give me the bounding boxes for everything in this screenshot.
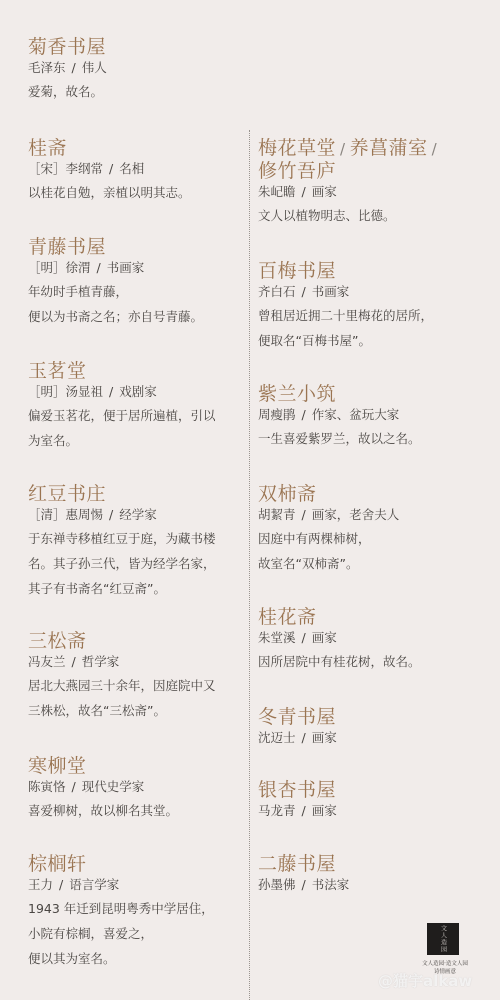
desc-line: 小院有棕榈，喜爱之， bbox=[28, 921, 243, 946]
entry-description: 喜爱柳树，故以柳名其堂。 bbox=[28, 798, 243, 823]
author-name: 朱堂溪 bbox=[258, 630, 296, 645]
author-name: 沈迈士 bbox=[258, 730, 296, 745]
entry-author: 朱屺瞻/画家 bbox=[258, 183, 490, 201]
entry-zonglv-xuan: 棕榈轩 王力/语言学家 1943 年迁到昆明粤秀中学居住， 小院有棕榈，喜爱之，… bbox=[28, 853, 243, 971]
author-role: 现代史学家 bbox=[82, 779, 145, 794]
author-role: 书画家 bbox=[107, 260, 145, 275]
author-role: 画家 bbox=[312, 803, 337, 818]
desc-line: 偏爱玉茗花，便于居所遍植，引以 bbox=[28, 403, 243, 428]
author-name: 马龙青 bbox=[258, 803, 296, 818]
author-role: 画家 bbox=[312, 730, 337, 745]
entry-author: 沈迈士/画家 bbox=[258, 729, 490, 747]
author-role: 语言学家 bbox=[69, 877, 119, 892]
title-part: 养菖蒲室 bbox=[350, 137, 428, 159]
separator: / bbox=[72, 654, 76, 669]
author-role: 画家，老舍夫人 bbox=[312, 507, 400, 522]
desc-line: 居北大燕园三十余年，因庭院中又 bbox=[28, 673, 243, 698]
desc-line: 便取名“百梅书屋”。 bbox=[258, 328, 490, 353]
separator: / bbox=[302, 184, 306, 199]
desc-line: 因所居院中有桂花树，故名。 bbox=[258, 649, 490, 674]
page: 菊香书屋 毛泽东/伟人 爱菊，故名。 桂斋 ［宋］李纲常/名相 以桂花自勉，亲植… bbox=[0, 0, 500, 1000]
entry-author: 周瘦鹃/作家、盆玩大家 bbox=[258, 406, 490, 424]
entry-description: 文人以植物明志、比德。 bbox=[258, 203, 490, 228]
desc-line: 曾租居近拥二十里梅花的居所， bbox=[258, 303, 490, 328]
author-name: 齐白石 bbox=[258, 284, 296, 299]
author-role: 经学家 bbox=[119, 507, 157, 522]
entry-qingteng-shuwu: 青藤书屋 ［明］徐渭/书画家 年幼时手植青藤， 便以为书斋之名；亦自号青藤。 bbox=[28, 236, 243, 329]
entry-description: 爱菊，故名。 bbox=[28, 79, 243, 104]
author-role: 书画家 bbox=[312, 284, 350, 299]
separator: / bbox=[302, 407, 306, 422]
separator: / bbox=[302, 507, 306, 522]
entry-author: ［宋］李纲常/名相 bbox=[28, 160, 243, 178]
entry-author: 齐白石/书画家 bbox=[258, 283, 490, 301]
entry-title: 红豆书庄 bbox=[28, 483, 243, 505]
desc-line: 一生喜爱紫罗兰，故以之名。 bbox=[258, 426, 490, 451]
desc-line: 其子有书斋名“红豆斋”。 bbox=[28, 576, 243, 601]
entry-author: 陈寅恪/现代史学家 bbox=[28, 778, 243, 796]
entry-author: 马龙青/画家 bbox=[258, 802, 490, 820]
entry-title: 双柿斋 bbox=[258, 483, 490, 505]
author-name: 朱屺瞻 bbox=[258, 184, 296, 199]
entry-title: 银杏书屋 bbox=[258, 779, 490, 801]
entry-title: 玉茗堂 bbox=[28, 360, 243, 382]
entry-erteng-shuwu: 二藤书屋 孙墨佛/书法家 bbox=[258, 853, 490, 894]
author-role: 伟人 bbox=[82, 60, 107, 75]
entry-title-line2: 修竹吾庐 bbox=[258, 160, 490, 182]
author-name: ［清］惠周惕 bbox=[28, 507, 103, 522]
author-role: 哲学家 bbox=[82, 654, 120, 669]
entry-shuangshi-zhai: 双柿斋 胡絜青/画家，老舍夫人 因庭中有两棵柿树， 故室名“双柿斋”。 bbox=[258, 483, 490, 576]
separator: / bbox=[97, 260, 101, 275]
entry-baimei-shuwu: 百梅书屋 齐白石/书画家 曾租居近拥二十里梅花的居所， 便取名“百梅书屋”。 bbox=[258, 260, 490, 353]
entry-description: 偏爱玉茗花，便于居所遍植，引以 为室名。 bbox=[28, 403, 243, 453]
entry-title: 百梅书屋 bbox=[258, 260, 490, 282]
watermark: @猫宇alkaw bbox=[378, 970, 500, 992]
column-divider bbox=[249, 130, 250, 1000]
separator: / bbox=[59, 877, 63, 892]
entry-author: 孙墨佛/书法家 bbox=[258, 876, 490, 894]
entry-author: ［明］徐渭/书画家 bbox=[28, 259, 243, 277]
entry-author: ［清］惠周惕/经学家 bbox=[28, 506, 243, 524]
entry-title: 梅花草堂/养菖蒲室/ bbox=[258, 137, 490, 160]
separator: / bbox=[340, 140, 346, 158]
entry-author: 冯友兰/哲学家 bbox=[28, 653, 243, 671]
entry-hongdou-shuzhuang: 红豆书庄 ［清］惠周惕/经学家 于东禅寺移植红豆于庭，为藏书楼 名。其子孙三代，… bbox=[28, 483, 243, 601]
author-name: 王力 bbox=[28, 877, 53, 892]
entry-description: 1943 年迁到昆明粤秀中学居住， 小院有棕榈，喜爱之， 便以其为室名。 bbox=[28, 896, 243, 971]
separator: / bbox=[302, 284, 306, 299]
author-name: ［明］徐渭 bbox=[28, 260, 91, 275]
entry-title: 棕榈轩 bbox=[28, 853, 243, 875]
entry-description: 居北大燕园三十余年，因庭院中又 三株松，故名“三松斋”。 bbox=[28, 673, 243, 723]
desc-line: 以桂花自勉，亲植以明其志。 bbox=[28, 180, 243, 205]
entry-description: 以桂花自勉，亲植以明其志。 bbox=[28, 180, 243, 205]
separator: / bbox=[72, 779, 76, 794]
seal-logo: 文人造园 bbox=[427, 923, 459, 955]
entry-author: 朱堂溪/画家 bbox=[258, 629, 490, 647]
author-role: 作家、盆玩大家 bbox=[312, 407, 400, 422]
author-role: 名相 bbox=[119, 161, 144, 176]
entry-description: 因所居院中有桂花树，故名。 bbox=[258, 649, 490, 674]
desc-line: 名。其子孙三代，皆为经学名家， bbox=[28, 551, 243, 576]
entry-title: 三松斋 bbox=[28, 630, 243, 652]
entry-title: 菊香书屋 bbox=[28, 36, 243, 58]
author-name: 陈寅恪 bbox=[28, 779, 66, 794]
separator: / bbox=[302, 730, 306, 745]
desc-line: 因庭中有两棵柿树， bbox=[258, 526, 490, 551]
entry-guihua-zhai: 桂花斋 朱堂溪/画家 因所居院中有桂花树，故名。 bbox=[258, 606, 490, 674]
entry-title: 紫兰小筑 bbox=[258, 383, 490, 405]
separator: / bbox=[72, 60, 76, 75]
author-name: 孙墨佛 bbox=[258, 877, 296, 892]
author-name: 胡絜青 bbox=[258, 507, 296, 522]
entry-meihua-caotang: 梅花草堂/养菖蒲室/ 修竹吾庐 朱屺瞻/画家 文人以植物明志、比德。 bbox=[258, 137, 490, 228]
desc-line: 文人以植物明志、比德。 bbox=[258, 203, 490, 228]
desc-line: 年幼时手植青藤， bbox=[28, 279, 243, 304]
desc-line: 喜爱柳树，故以柳名其堂。 bbox=[28, 798, 243, 823]
entry-title: 青藤书屋 bbox=[28, 236, 243, 258]
entry-author: 毛泽东/伟人 bbox=[28, 59, 243, 77]
separator: / bbox=[109, 384, 113, 399]
entry-description: 年幼时手植青藤， 便以为书斋之名；亦自号青藤。 bbox=[28, 279, 243, 329]
separator: / bbox=[109, 507, 113, 522]
entry-title: 二藤书屋 bbox=[258, 853, 490, 875]
entry-hanliu-tang: 寒柳堂 陈寅恪/现代史学家 喜爱柳树，故以柳名其堂。 bbox=[28, 755, 243, 823]
entry-author: ［明］汤显祖/戏剧家 bbox=[28, 383, 243, 401]
desc-line: 便以其为室名。 bbox=[28, 946, 243, 971]
desc-line: 1943 年迁到昆明粤秀中学居住， bbox=[28, 896, 243, 921]
separator: / bbox=[302, 803, 306, 818]
author-role: 戏剧家 bbox=[119, 384, 157, 399]
entry-description: 曾租居近拥二十里梅花的居所， 便取名“百梅书屋”。 bbox=[258, 303, 490, 353]
desc-line: 便以为书斋之名；亦自号青藤。 bbox=[28, 304, 243, 329]
caption-line: 文人造园·造文人园 bbox=[400, 960, 490, 968]
author-role: 书法家 bbox=[312, 877, 350, 892]
entry-author: 王力/语言学家 bbox=[28, 876, 243, 894]
author-name: 周瘦鹃 bbox=[258, 407, 296, 422]
author-name: 毛泽东 bbox=[28, 60, 66, 75]
entry-dongqing-shuwu: 冬青书屋 沈迈士/画家 bbox=[258, 706, 490, 747]
entry-yinxing-shuwu: 银杏书屋 马龙青/画家 bbox=[258, 779, 490, 820]
desc-line: 于东禅寺移植红豆于庭，为藏书楼 bbox=[28, 526, 243, 551]
entry-author: 胡絜青/画家，老舍夫人 bbox=[258, 506, 490, 524]
separator: / bbox=[302, 630, 306, 645]
entry-title: 寒柳堂 bbox=[28, 755, 243, 777]
author-name: ［明］汤显祖 bbox=[28, 384, 103, 399]
desc-line: 故室名“双柿斋”。 bbox=[258, 551, 490, 576]
separator: / bbox=[109, 161, 113, 176]
entry-title: 冬青书屋 bbox=[258, 706, 490, 728]
entry-description: 一生喜爱紫罗兰，故以之名。 bbox=[258, 426, 490, 451]
author-name: ［宋］李纲常 bbox=[28, 161, 103, 176]
entry-yuming-tang: 玉茗堂 ［明］汤显祖/戏剧家 偏爱玉茗花，便于居所遍植，引以 为室名。 bbox=[28, 360, 243, 453]
author-role: 画家 bbox=[312, 184, 337, 199]
entry-sansong-zhai: 三松斋 冯友兰/哲学家 居北大燕园三十余年，因庭院中又 三株松，故名“三松斋”。 bbox=[28, 630, 243, 723]
title-part: 梅花草堂 bbox=[258, 137, 336, 159]
entry-description: 于东禅寺移植红豆于庭，为藏书楼 名。其子孙三代，皆为经学名家， 其子有书斋名“红… bbox=[28, 526, 243, 601]
entry-juxiang-shuwu: 菊香书屋 毛泽东/伟人 爱菊，故名。 bbox=[28, 36, 243, 104]
entry-title: 桂花斋 bbox=[258, 606, 490, 628]
entry-zilan-xiaozhu: 紫兰小筑 周瘦鹃/作家、盆玩大家 一生喜爱紫罗兰，故以之名。 bbox=[258, 383, 490, 451]
separator: / bbox=[432, 140, 438, 158]
separator: / bbox=[302, 877, 306, 892]
entry-description: 因庭中有两棵柿树， 故室名“双柿斋”。 bbox=[258, 526, 490, 576]
author-name: 冯友兰 bbox=[28, 654, 66, 669]
entry-gui-zhai: 桂斋 ［宋］李纲常/名相 以桂花自勉，亲植以明其志。 bbox=[28, 137, 243, 205]
entry-title: 桂斋 bbox=[28, 137, 243, 159]
author-role: 画家 bbox=[312, 630, 337, 645]
desc-line: 为室名。 bbox=[28, 428, 243, 453]
desc-line: 爱菊，故名。 bbox=[28, 79, 243, 104]
desc-line: 三株松，故名“三松斋”。 bbox=[28, 698, 243, 723]
